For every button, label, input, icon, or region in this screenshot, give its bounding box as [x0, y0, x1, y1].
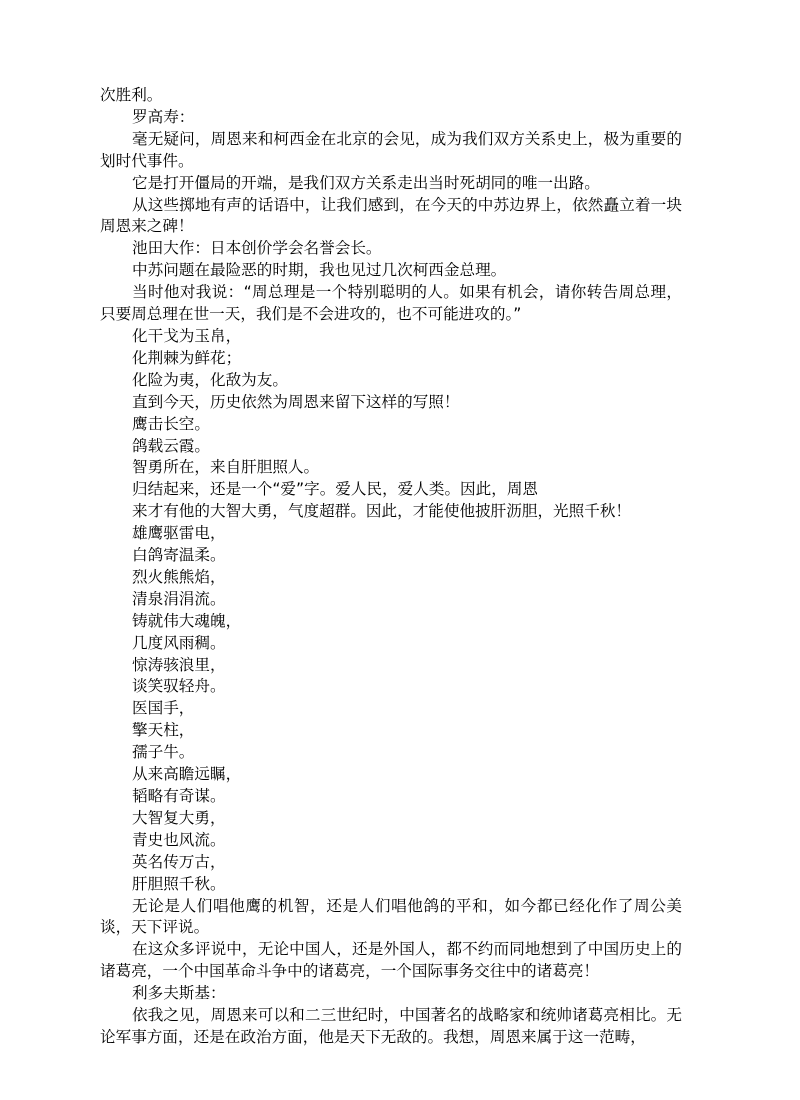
verse-line: 鹰击长空。 [100, 414, 682, 436]
document-page: 次胜利。 罗高寿： 毫无疑问，周恩来和柯西金在北京的会见，成为我们双方关系史上，… [100, 85, 682, 1049]
verse-line: 韬略有奇谋。 [100, 786, 682, 808]
speaker-label: 池田大作：日本创价学会名誉会长。 [100, 238, 682, 260]
verse-line: 大智复大勇， [100, 808, 682, 830]
verse-line: 雄鹰驱雷电， [100, 523, 682, 545]
verse-line: 铸就伟大魂魄， [100, 611, 682, 633]
paragraph: 无论是人们唱他鹰的机智，还是人们唱他鸽的平和，如今都已经化作了周公美谈，天下评说… [100, 896, 682, 940]
paragraph: 直到今天，历史依然为周恩来留下这样的写照！ [100, 392, 682, 414]
speaker-label: 罗高寿： [100, 107, 682, 129]
verse-line: 几度风雨稠。 [100, 633, 682, 655]
verse-line: 肝胆照千秋。 [100, 874, 682, 896]
verse-line: 医国手， [100, 698, 682, 720]
verse-line: 化荆棘为鲜花； [100, 348, 682, 370]
verse-line: 孺子牛。 [100, 742, 682, 764]
verse-line: 青史也风流。 [100, 830, 682, 852]
paragraph: 次胜利。 [100, 85, 682, 107]
verse-line: 清泉涓涓流。 [100, 589, 682, 611]
verse-line: 英名传万古， [100, 852, 682, 874]
speaker-label: 利多夫斯基： [100, 983, 682, 1005]
verse-line: 从来高瞻远瞩， [100, 764, 682, 786]
paragraph: 依我之见，周恩来可以和二三世纪时，中国著名的战略家和统帅诸葛亮相比。无论军事方面… [100, 1005, 682, 1049]
paragraph: 它是打开僵局的开端，是我们双方关系走出当时死胡同的唯一出路。 [100, 173, 682, 195]
paragraph: 中苏问题在最险恶的时期，我也见过几次柯西金总理。 [100, 260, 682, 282]
verse-line: 擎天柱， [100, 720, 682, 742]
paragraph: 智勇所在，来自肝胆照人。 [100, 457, 682, 479]
paragraph: 在这众多评说中，无论中国人，还是外国人，都不约而同地想到了中国历史上的诸葛亮，一… [100, 939, 682, 983]
paragraph: 毫无疑问，周恩来和柯西金在北京的会见，成为我们双方关系史上，极为重要的划时代事件… [100, 129, 682, 173]
verse-line: 白鸽寄温柔。 [100, 545, 682, 567]
verse-line: 化险为夷，化敌为友。 [100, 370, 682, 392]
verse-line: 谈笑驭轻舟。 [100, 676, 682, 698]
paragraph: 当时他对我说：“周总理是一个特别聪明的人。如果有机会，请你转告周总理，只要周总理… [100, 282, 682, 326]
paragraph: 来才有他的大智大勇，气度超群。因此，才能使他披肝沥胆，光照千秋！ [100, 501, 682, 523]
verse-line: 烈火熊熊焰， [100, 567, 682, 589]
paragraph: 从这些掷地有声的话语中，让我们感到，在今天的中苏边界上，依然矗立着一块周恩来之碑… [100, 195, 682, 239]
verse-line: 化干戈为玉帛， [100, 326, 682, 348]
paragraph: 归结起来，还是一个“爱”字。爱人民，爱人类。因此，周恩 [100, 479, 682, 501]
verse-line: 惊涛骇浪里， [100, 655, 682, 677]
verse-line: 鸽载云霞。 [100, 436, 682, 458]
